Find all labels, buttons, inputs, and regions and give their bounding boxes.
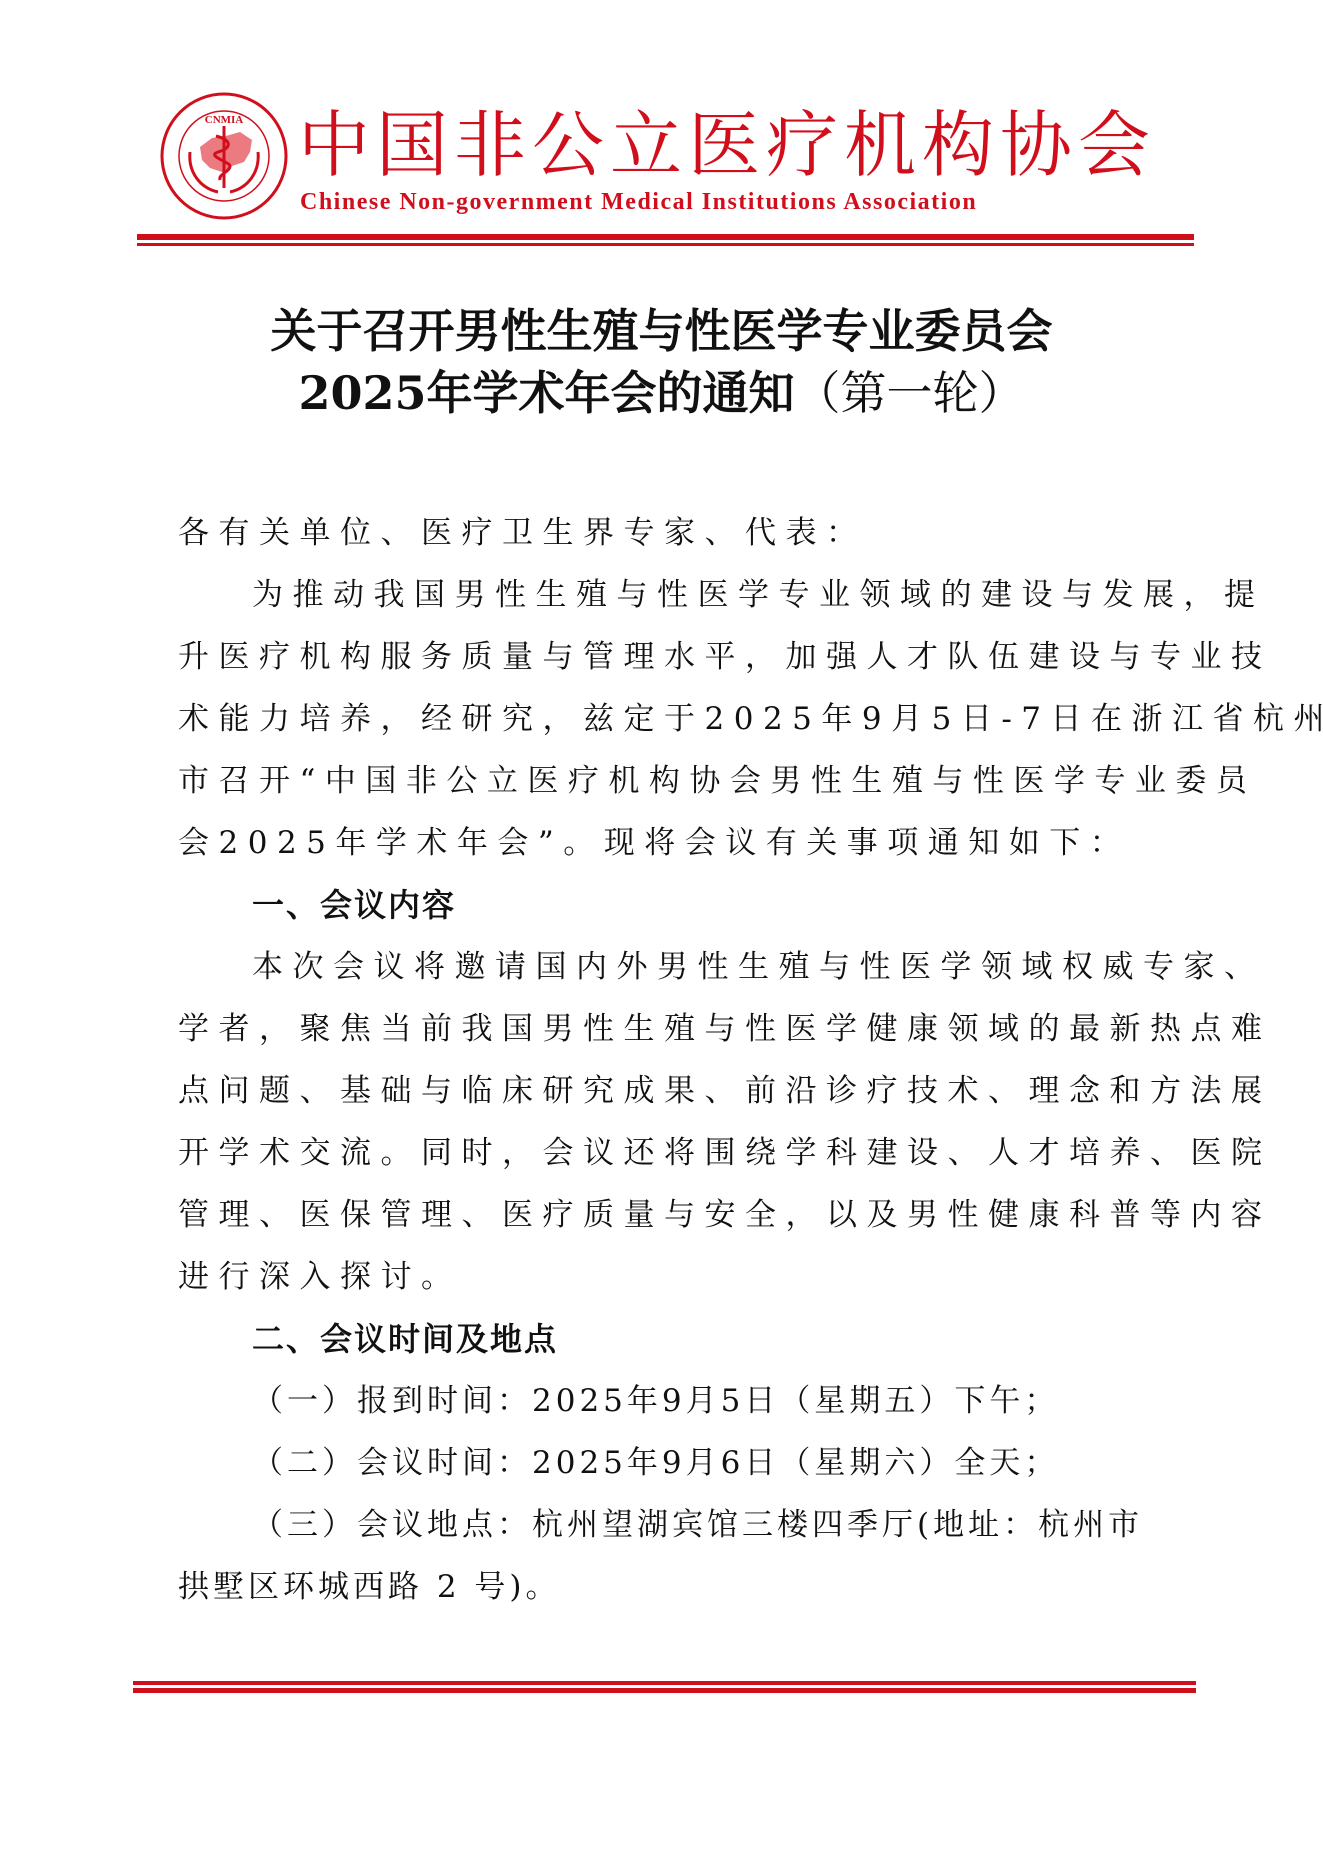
org-name-en: Chinese Non-government Medical Instituti… xyxy=(300,186,1180,218)
intro-line: 术能力培养，经研究，兹定于2025年9月5日-7日在浙江省杭州 xyxy=(178,688,1168,750)
content-line: 管理、医保管理、医疗质量与安全，以及男性健康科普等内容 xyxy=(178,1184,1168,1246)
salutation: 各有关单位、医疗卫生界专家、代表： xyxy=(178,502,1168,564)
content-line: 开学术交流。同时，会议还将围绕学科建设、人才培养、医院 xyxy=(178,1122,1168,1184)
registration-time: （一）报到时间：2025年9月5日（星期五）下午； xyxy=(178,1370,1168,1432)
org-name-cn: 中国非公立医疗机构协会 xyxy=(298,100,1178,190)
header-rule-thick xyxy=(137,234,1194,240)
meeting-venue: （三）会议地点：杭州望湖宾馆三楼四季厅(地址：杭州市 xyxy=(178,1494,1168,1556)
footer-rule-thick xyxy=(133,1688,1196,1693)
content-line: 本次会议将邀请国内外男性生殖与性医学领域权威专家、 xyxy=(178,936,1168,998)
title-round: （第一轮） xyxy=(795,366,1025,420)
document-title-line-2: 2025年学术年会的通知（第一轮） xyxy=(0,362,1323,424)
venue-address-continuation: 拱墅区环城西路 2 号)。 xyxy=(178,1556,1168,1618)
header-rule-thin xyxy=(137,243,1194,246)
content-line: 学者，聚焦当前我国男性生殖与性医学健康领域的最新热点难 xyxy=(178,998,1168,1060)
intro-line: 市召开“中国非公立医疗机构协会男性生殖与性医学专业委员 xyxy=(178,750,1168,812)
intro-line: 升医疗机构服务质量与管理水平，加强人才队伍建设与专业技 xyxy=(178,626,1168,688)
cnmia-logo: CNMIA xyxy=(160,92,288,220)
document-title-line-1: 关于召开男性生殖与性医学专业委员会 xyxy=(0,300,1323,362)
svg-text:CNMIA: CNMIA xyxy=(205,114,244,126)
intro-line: 会2025年学术年会”。现将会议有关事项通知如下： xyxy=(178,812,1168,874)
footer-rule-thin xyxy=(133,1681,1196,1685)
content-line: 进行深入探讨。 xyxy=(178,1246,1168,1308)
section-heading-content: 一、会议内容 xyxy=(178,874,1168,936)
intro-line: 为推动我国男性生殖与性医学专业领域的建设与发展，提 xyxy=(178,564,1168,626)
meeting-time: （二）会议时间：2025年9月6日（星期六）全天； xyxy=(178,1432,1168,1494)
section-heading-time-place: 二、会议时间及地点 xyxy=(178,1308,1168,1370)
caduceus-map-emblem-icon: CNMIA xyxy=(160,92,288,220)
content-line: 点问题、基础与临床研究成果、前沿诊疗技术、理念和方法展 xyxy=(178,1060,1168,1122)
title-main: 2025年学术年会的通知 xyxy=(298,366,794,420)
document-body: 各有关单位、医疗卫生界专家、代表： 为推动我国男性生殖与性医学专业领域的建设与发… xyxy=(178,502,1168,1618)
